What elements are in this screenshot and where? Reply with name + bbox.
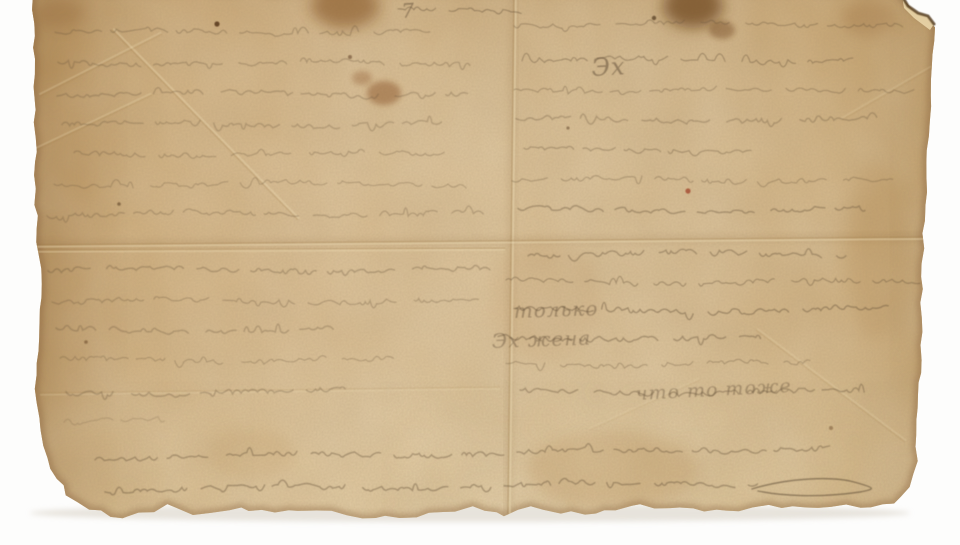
legible-word: только (513, 296, 598, 323)
legible-word: Эх жена (491, 326, 591, 353)
speck (117, 202, 121, 206)
stain (527, 432, 697, 508)
document-scan: Scanned fragment of an old handwritten l… (0, 0, 960, 545)
legible-word: 7 (401, 0, 416, 23)
stain (842, 0, 894, 36)
speck (685, 188, 690, 193)
speck (652, 16, 656, 20)
speck (84, 340, 88, 344)
paper-surface: 7ЭхтолькоЭх женачто то тоже (26, 0, 942, 526)
speck (348, 55, 352, 59)
legible-word: Эх (591, 52, 626, 82)
stain (352, 71, 372, 85)
letter-image: 7ЭхтолькоЭх женачто то тоже (0, 0, 960, 545)
stain (709, 21, 735, 39)
artwork-root: 7ЭхтолькоЭх женачто то тоже (0, 0, 960, 545)
speck (566, 126, 569, 129)
stain (367, 81, 401, 105)
speck (214, 21, 219, 26)
stain (845, 160, 905, 340)
speck (829, 426, 833, 430)
